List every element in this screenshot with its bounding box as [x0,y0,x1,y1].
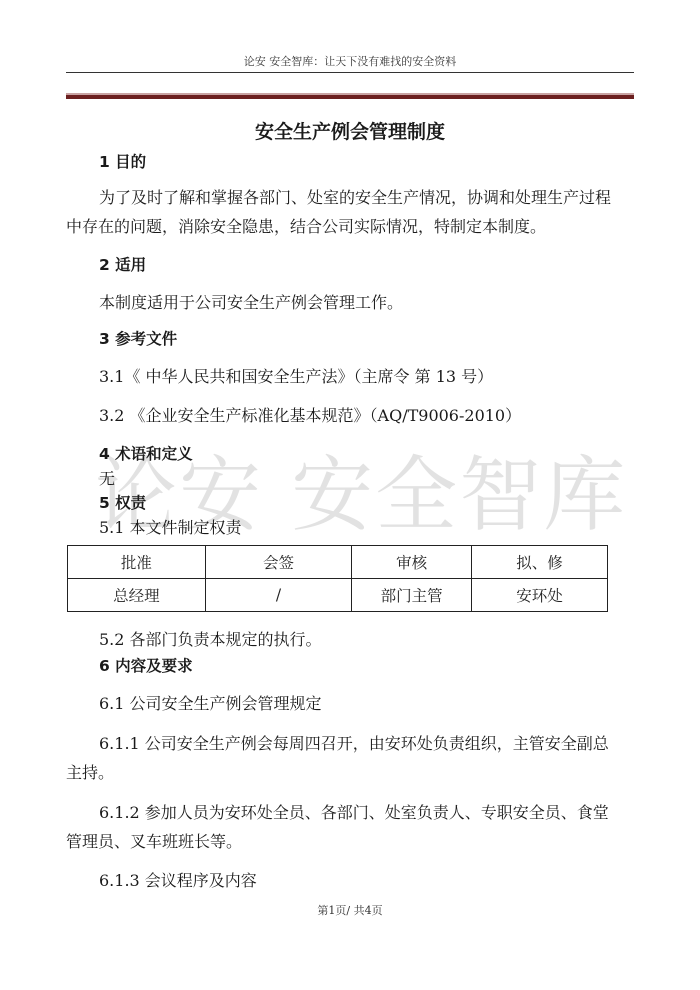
header-rule [66,72,634,73]
header-band [66,95,634,99]
table-cell: / [205,579,352,612]
section-5-heading: 5 权责 [99,491,146,513]
table-row: 总经理 / 部门主管 安环处 [68,579,608,612]
page-header-text: 论安 安全智库：让天下没有难找的安全资料 [66,53,634,69]
section-6-1: 6.1 公司安全生产例会管理规定 [99,691,322,714]
section-6-1-2-line-2: 管理员、叉车班班长等。 [66,829,242,852]
table-cell: 安环处 [472,579,608,612]
reference-3-1: 3.1《 中华人民共和国安全生产法》（主席令 第 13 号） [99,364,493,387]
section-1-paragraph-line-1: 为了及时了解和掌握各部门、处室的安全生产情况，协调和处理生产过程 [99,185,611,208]
section-6-1-1-line-2: 主持。 [66,760,114,783]
section-3-heading: 3 参考文件 [99,327,177,349]
section-1-heading: 1 目的 [99,150,146,172]
section-1-paragraph-line-2: 中存在的问题，消除安全隐患，结合公司实际情况，特制定本制度。 [66,214,546,237]
section-6-1-1-line-1: 6.1.1 公司安全生产例会每周四召开，由安环处负责组织，主管安全副总 [99,731,609,754]
section-2-heading: 2 适用 [99,253,146,275]
table-header-row: 批准 会签 审核 拟、修 [68,546,608,579]
responsibility-table: 批准 会签 审核 拟、修 总经理 / 部门主管 安环处 [67,545,608,612]
section-6-1-3: 6.1.3 会议程序及内容 [99,868,257,891]
table-cell: 部门主管 [352,579,472,612]
reference-3-2: 3.2 《企业安全生产标准化基本规范》（AQ/T9006-2010） [99,403,521,426]
section-2-paragraph: 本制度适用于公司安全生产例会管理工作。 [99,290,403,313]
section-4-paragraph: 无 [99,466,115,489]
table-header-cell: 会签 [205,546,352,579]
document-title: 安全生产例会管理制度 [0,117,700,144]
section-6-heading: 6 内容及要求 [99,654,193,676]
page-number: 第1页/ 共4页 [0,902,700,918]
table-header-cell: 拟、修 [472,546,608,579]
section-5-2: 5.2 各部门负责本规定的执行。 [99,627,322,650]
section-6-1-2-line-1: 6.1.2 参加人员为安环处全员、各部门、处室负责人、专职安全员、食堂 [99,800,609,823]
section-5-1: 5.1 本文件制定权责 [99,515,242,538]
table-header-cell: 批准 [68,546,206,579]
table-header-cell: 审核 [352,546,472,579]
section-4-heading: 4 术语和定义 [99,442,193,464]
table-cell: 总经理 [68,579,206,612]
